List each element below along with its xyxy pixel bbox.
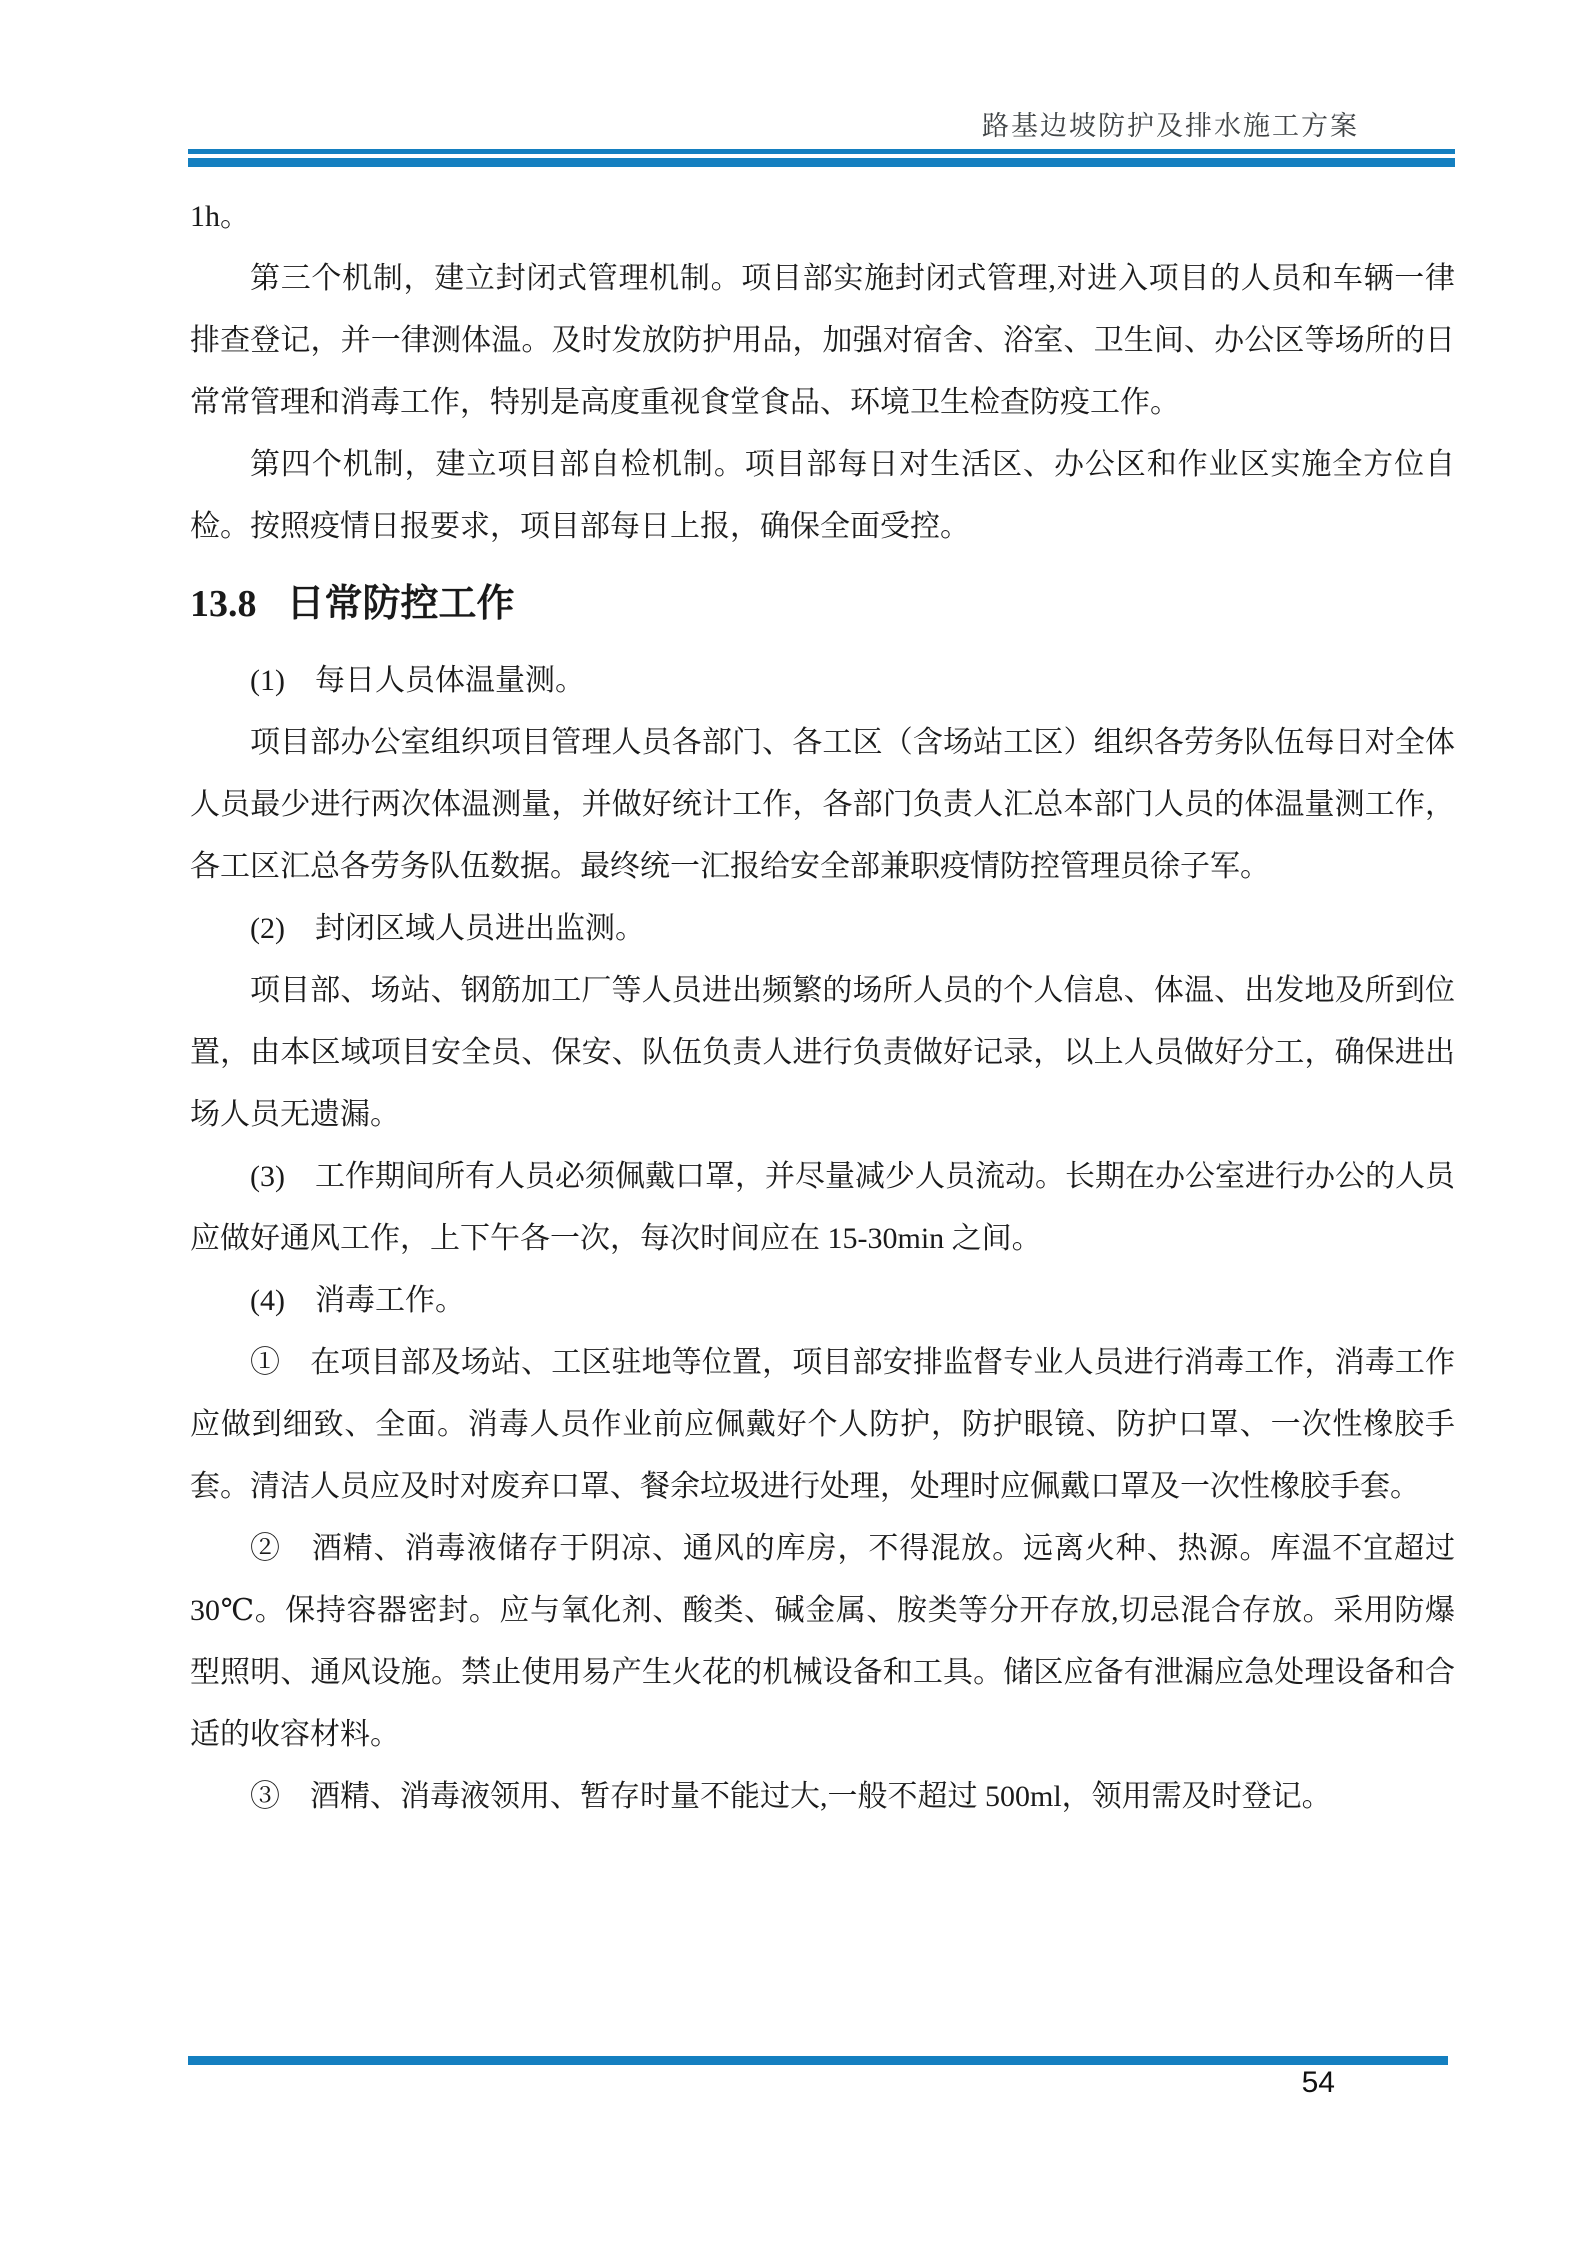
section-heading-title: 日常防控工作 [287,583,515,625]
paragraph: 第三个机制，建立封闭式管理机制。项目部实施封闭式管理,对进入项目的人员和车辆一律… [190,248,1455,434]
sub-list-item: ③ 酒精、消毒液领用、暂存时量不能过大,一般不超过 500ml，领用需及时登记。 [190,1766,1455,1828]
paragraph: 第四个机制，建立项目部自检机制。项目部每日对生活区、办公区和作业区实施全方位自检… [190,434,1455,558]
sub-list-item: ② 酒精、消毒液储存于阴凉、通风的库房，不得混放。远离火种、热源。库温不宜超过 … [190,1518,1455,1766]
list-item: (4) 消毒工作。 [190,1270,1455,1332]
section-heading: 13.8日常防控工作 [190,558,1455,650]
paragraph: 项目部、场站、钢筋加工厂等人员进出频繁的场所人员的个人信息、体温、出发地及所到位… [190,960,1455,1146]
paragraph-continuation: 1h。 [190,186,1455,248]
header-rule-thick [188,158,1455,167]
header-rule-thin [188,149,1455,154]
sub-list-item: ① 在项目部及场站、工区驻地等位置，项目部安排监督专业人员进行消毒工作，消毒工作… [190,1332,1455,1518]
document-page: 路基边坡防护及排水施工方案 1h。 第三个机制，建立封闭式管理机制。项目部实施封… [0,0,1587,2245]
list-item: (1) 每日人员体温量测。 [190,650,1455,712]
page-header-title: 路基边坡防护及排水施工方案 [982,104,1359,143]
list-item: (2) 封闭区域人员进出监测。 [190,898,1455,960]
document-body: 1h。 第三个机制，建立封闭式管理机制。项目部实施封闭式管理,对进入项目的人员和… [190,186,1455,1828]
paragraph: 项目部办公室组织项目管理人员各部门、各工区（含场站工区）组织各劳务队伍每日对全体… [190,712,1455,898]
list-item: (3) 工作期间所有人员必须佩戴口罩，并尽量减少人员流动。长期在办公室进行办公的… [190,1146,1455,1270]
footer-rule [188,2056,1448,2065]
section-heading-number: 13.8 [190,583,257,625]
page-number: 54 [1302,2066,1335,2100]
